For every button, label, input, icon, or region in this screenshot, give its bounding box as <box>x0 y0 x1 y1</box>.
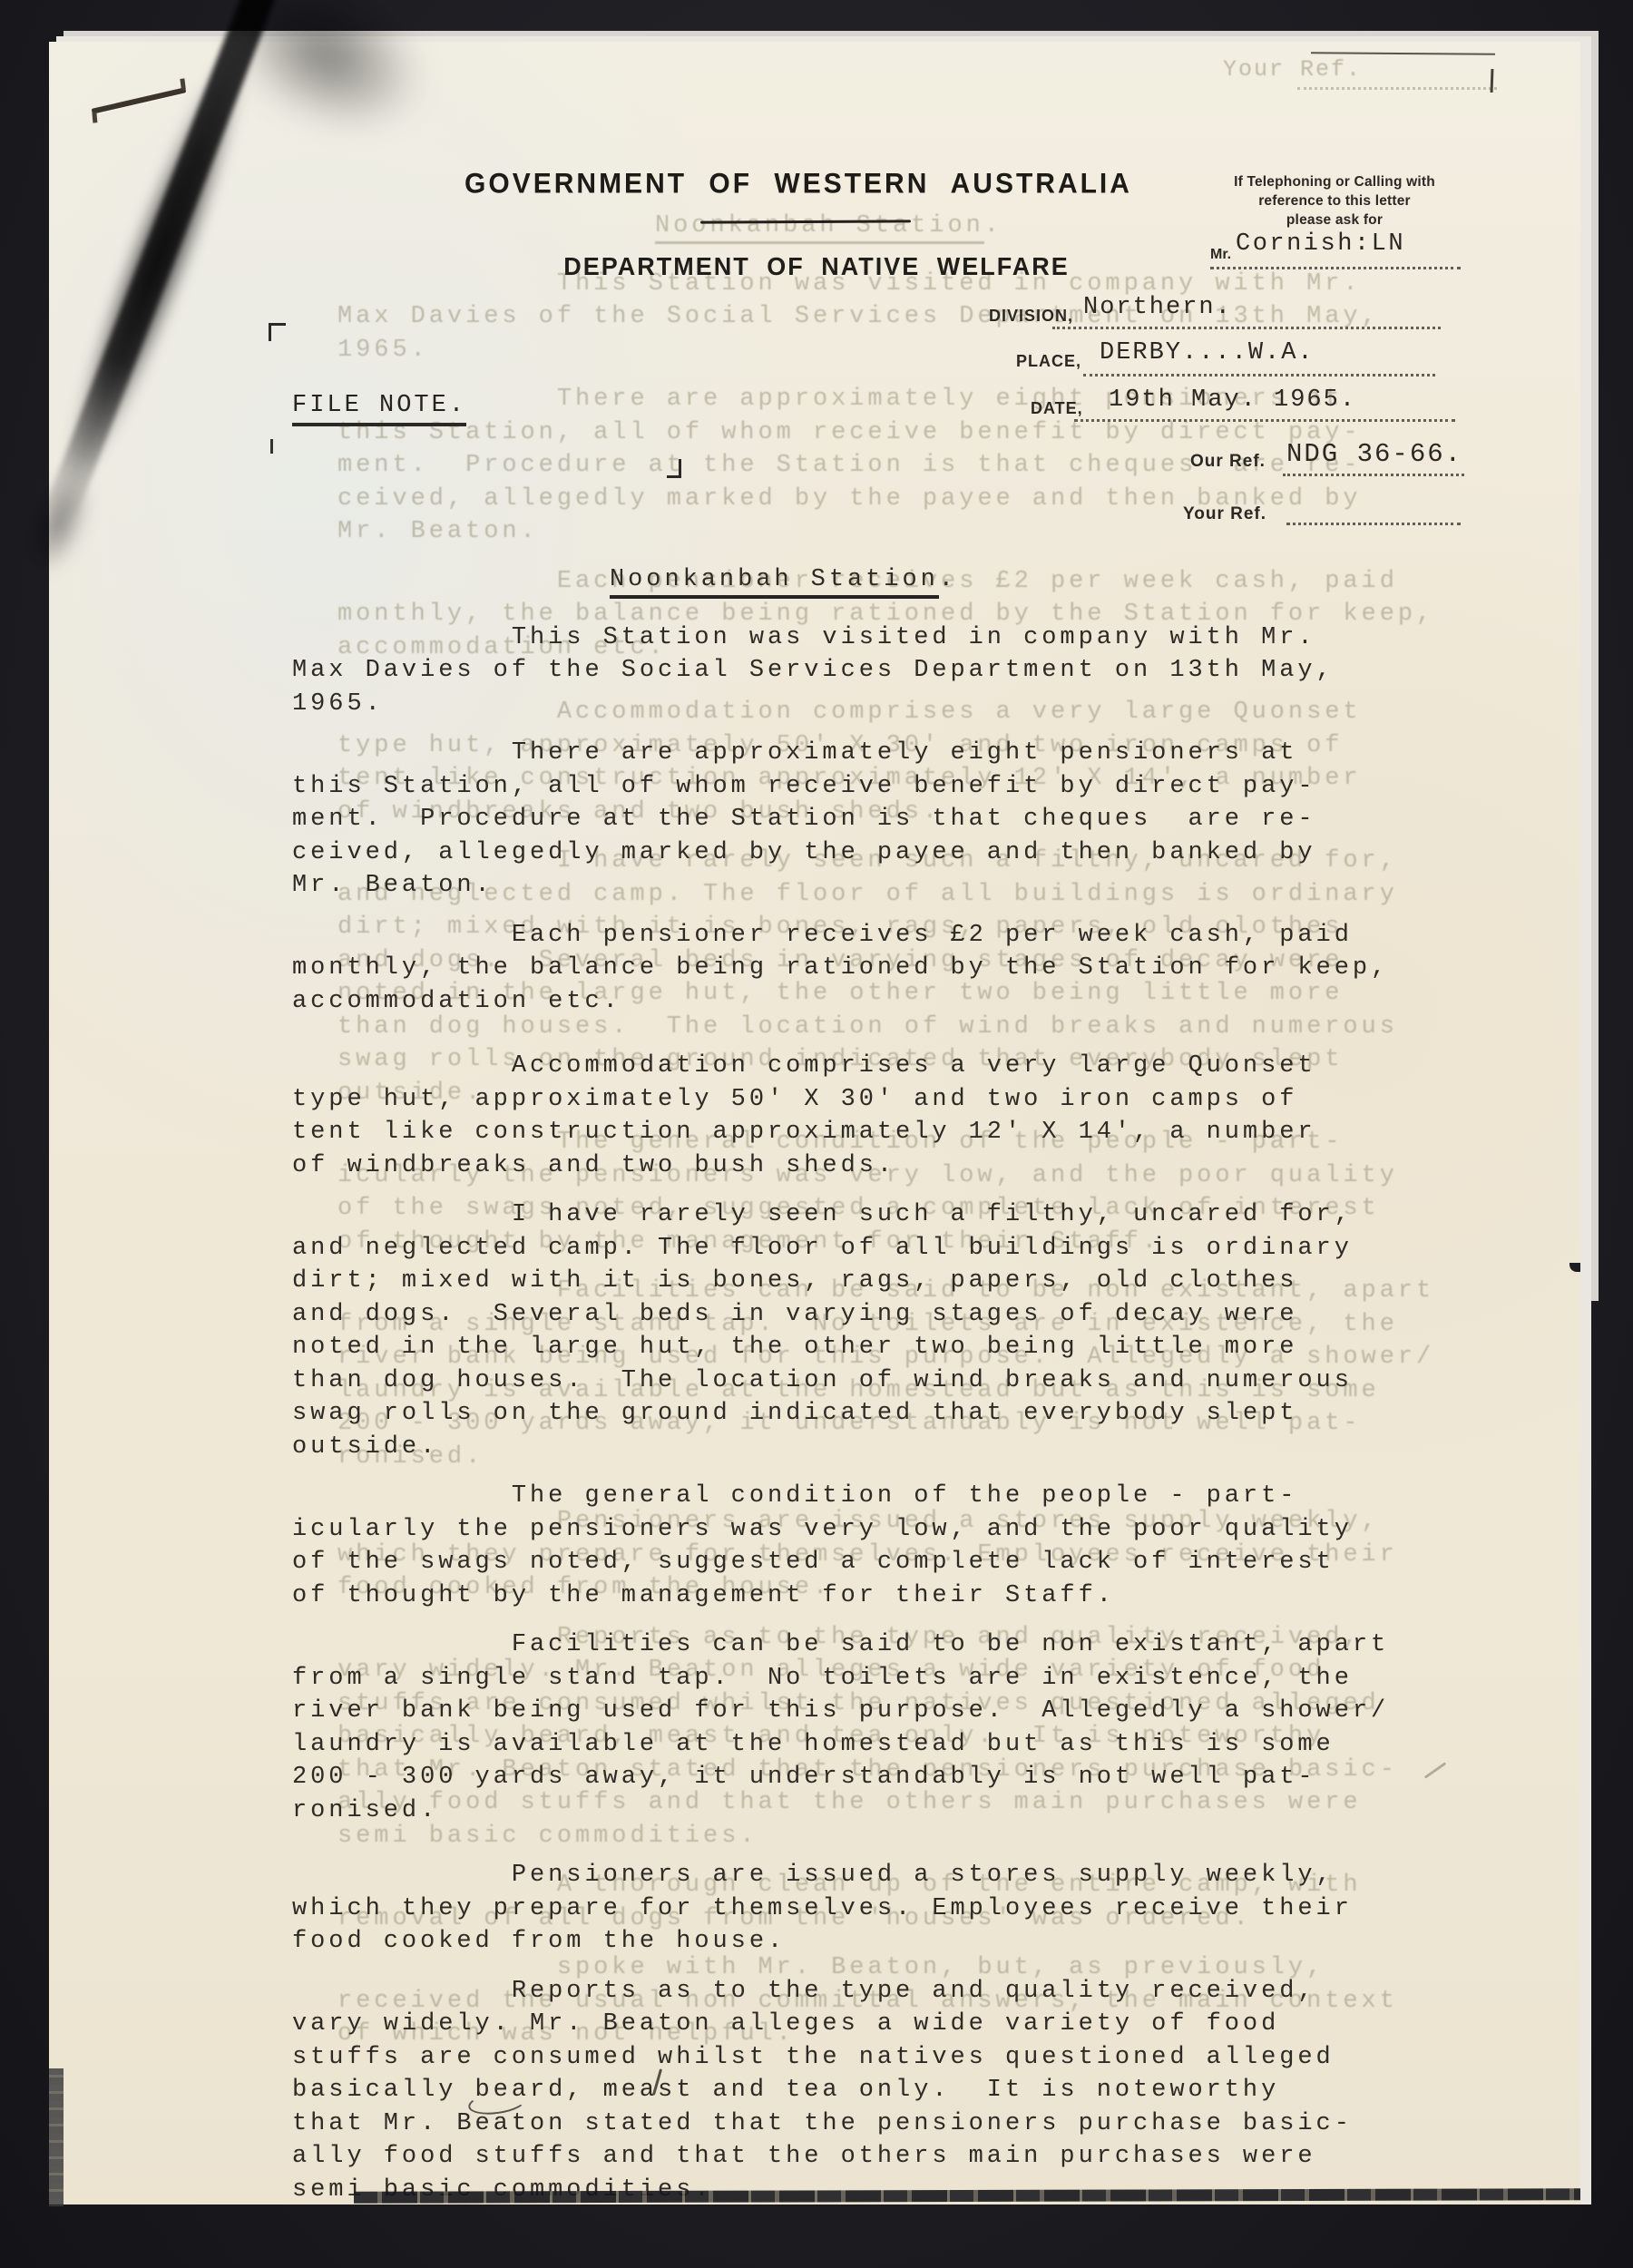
place-value: DERBY....W.A. <box>1100 339 1315 367</box>
telephone-note-line3: please ask for <box>1203 210 1466 230</box>
telephone-note-line1: If Telephoning or Calling with <box>1203 172 1466 191</box>
our-ref-dotted-line <box>1283 474 1464 476</box>
our-ref-value: NDG 36-66. <box>1286 439 1462 469</box>
telephone-note-line2: reference to this letter <box>1203 191 1466 210</box>
division-dotted-line <box>1052 327 1441 329</box>
body-paragraph-5: I have rarely seen such a filthy, uncare… <box>292 1198 1453 1463</box>
ghost-your-ref-label: Your Ref. <box>1223 56 1362 83</box>
contact-dotted-line <box>1210 267 1461 269</box>
file-note-label: FILE NOTE. <box>292 392 466 426</box>
place-label: PLACE, <box>1016 352 1081 371</box>
corner-bracket-top-left-mark <box>269 323 286 341</box>
date-dotted-line <box>1074 419 1455 422</box>
body-paragraph-2: There are approximately eight pensioners… <box>292 737 1453 903</box>
date-value: 19th May. 1965. <box>1109 386 1356 414</box>
corner-bracket-bottom-right-mark <box>667 459 681 478</box>
letterhead-government-title: GOVERNMENT OF WESTERN AUSTRALIA <box>381 168 1216 200</box>
document-title: Noonkanbah Station. <box>610 563 1453 597</box>
page-edge-line <box>1311 52 1495 54</box>
body-paragraph-1: This Station was visited in company with… <box>292 621 1453 721</box>
left-edge-speckle <box>49 2068 64 2206</box>
contact-prefix: Mr. <box>1210 247 1231 263</box>
date-label: DATE, <box>1031 399 1083 418</box>
ghost-your-ref-dotted-line <box>1297 87 1497 90</box>
document-page: Noonkanbah Station. This Station was vis… <box>49 42 1580 2204</box>
body-paragraph-6: The general condition of the people - pa… <box>292 1480 1453 1612</box>
body-paragraph-8: Pensioners are issued a stores supply we… <box>292 1859 1453 1959</box>
body-paragraph-4: Accommodation comprises a very large Quo… <box>292 1050 1453 1182</box>
document-body: Noonkanbah Station. This Station was vis… <box>292 563 1453 2206</box>
division-label: DIVISION, <box>989 307 1073 326</box>
scanned-document-screenshot: { "letterhead": { "line1": "GOVERNMENT O… <box>0 0 1633 2268</box>
telephone-note: If Telephoning or Calling with reference… <box>1203 172 1466 230</box>
our-ref-label: Our Ref. <box>1190 452 1266 472</box>
your-ref-label: Your Ref. <box>1183 504 1266 524</box>
tick-mark <box>270 439 273 454</box>
body-paragraph-7: Facilities can be said to be non existan… <box>292 1628 1453 1827</box>
division-value: Northern. <box>1083 294 1232 321</box>
letterhead-department-title: DEPARTMENT OF NATIVE WELFARE <box>417 253 1216 282</box>
ghost-paragraph-1: This Station was visited in company with… <box>337 268 1517 367</box>
place-dotted-line <box>1083 374 1435 376</box>
body-paragraph-9: Reports as to the type and quality recei… <box>292 1975 1453 2207</box>
body-paragraph-3: Each pensioner receives £2 per week cash… <box>292 919 1453 1019</box>
your-ref-dotted-line <box>1286 523 1461 525</box>
page-edge-nick <box>1569 1263 1580 1272</box>
contact-name: Cornish:LN <box>1236 230 1405 258</box>
